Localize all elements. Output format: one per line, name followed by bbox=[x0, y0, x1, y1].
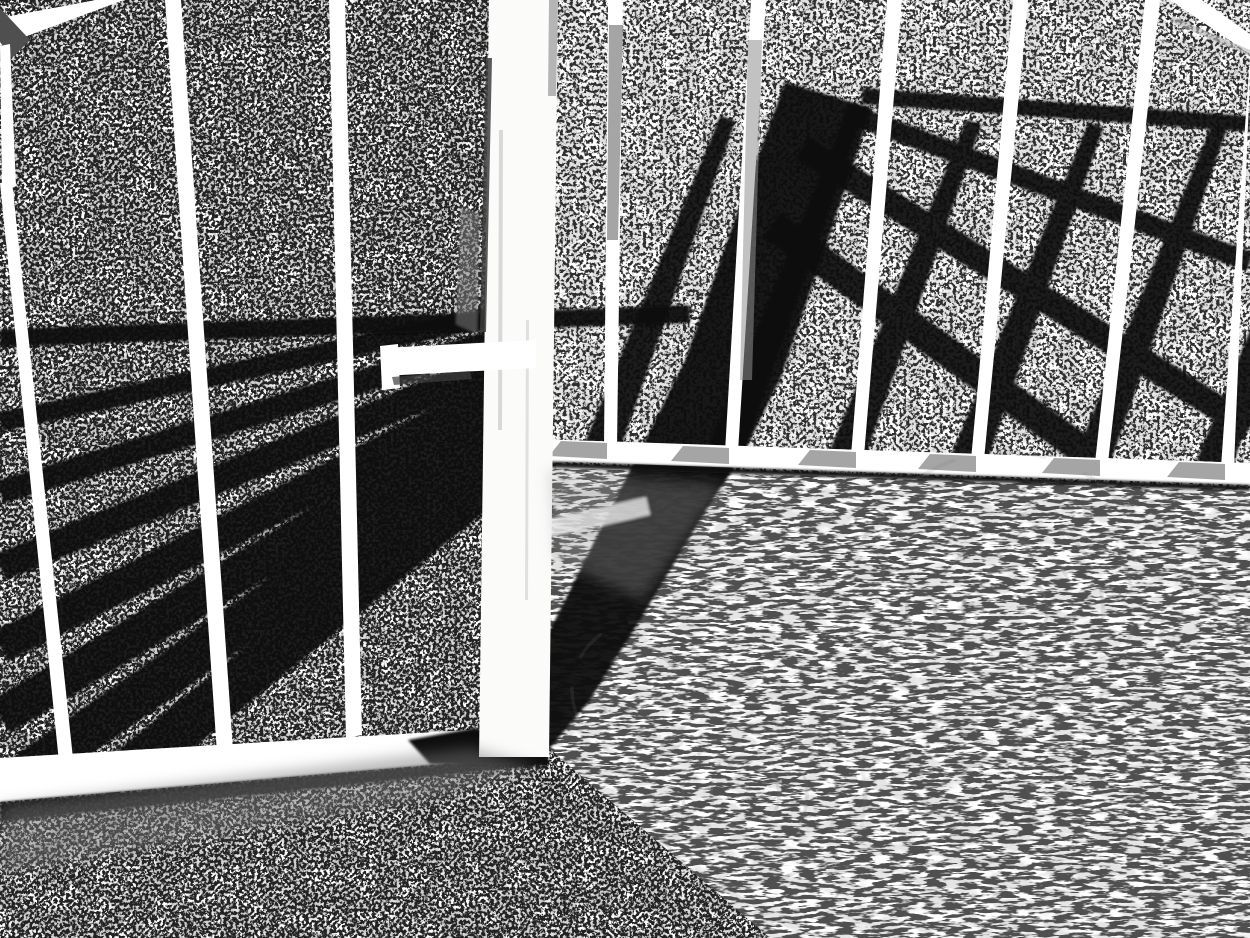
post-left-shade bbox=[456, 206, 480, 334]
screenshot-root bbox=[0, 0, 1250, 938]
photo-canvas bbox=[0, 0, 1250, 938]
gate-post bbox=[479, 0, 558, 757]
